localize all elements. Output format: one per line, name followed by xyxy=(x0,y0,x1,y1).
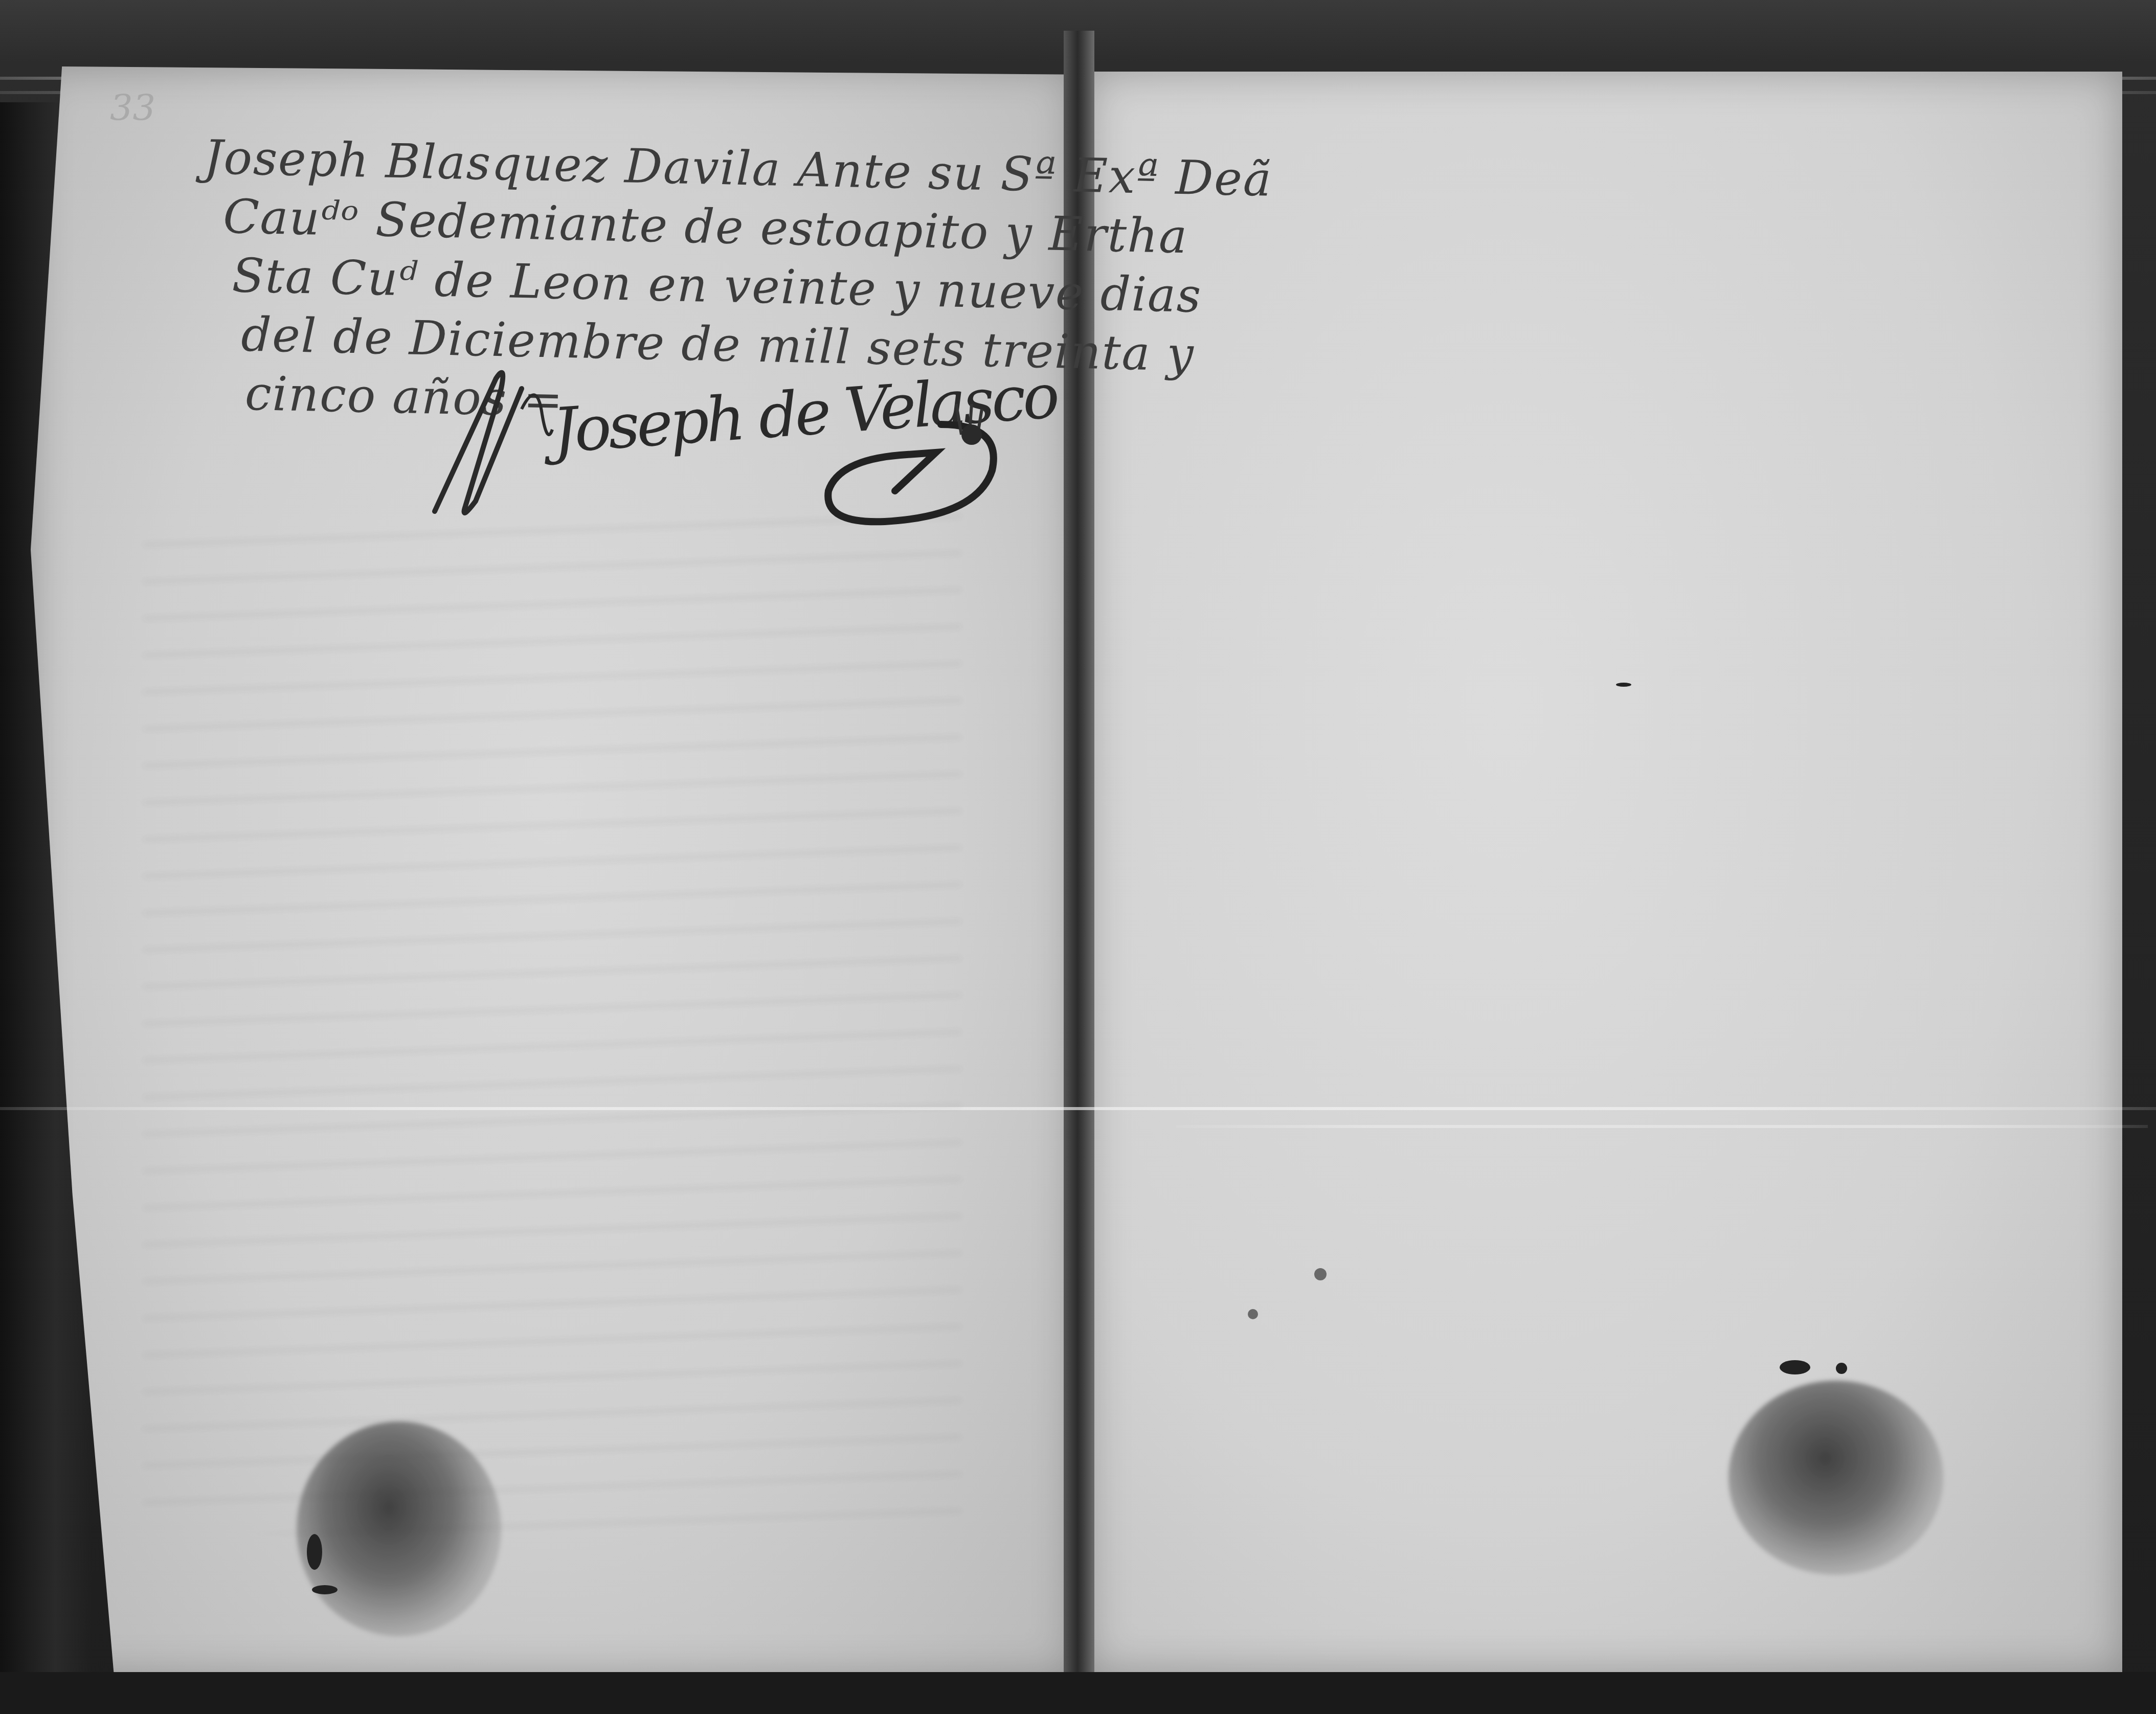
ink-speck xyxy=(1616,683,1631,687)
right-page xyxy=(1089,72,2122,1672)
ink-speck xyxy=(1314,1268,1327,1280)
ink-speck xyxy=(1836,1363,1847,1374)
left-ink-seal xyxy=(297,1422,501,1636)
ink-speck xyxy=(312,1585,338,1594)
ink-speck xyxy=(307,1534,322,1570)
right-ink-seal xyxy=(1728,1381,1943,1575)
signature-rubric-loop xyxy=(808,404,1013,537)
ink-speck xyxy=(1780,1360,1810,1374)
film-bottom-border xyxy=(0,1672,2156,1714)
faded-bleed-through-text: illegible bleed-through text xyxy=(143,511,961,1534)
ink-speck xyxy=(1248,1309,1258,1319)
film-scratch-line xyxy=(1176,1125,2148,1128)
page-number: 33 xyxy=(110,87,155,129)
